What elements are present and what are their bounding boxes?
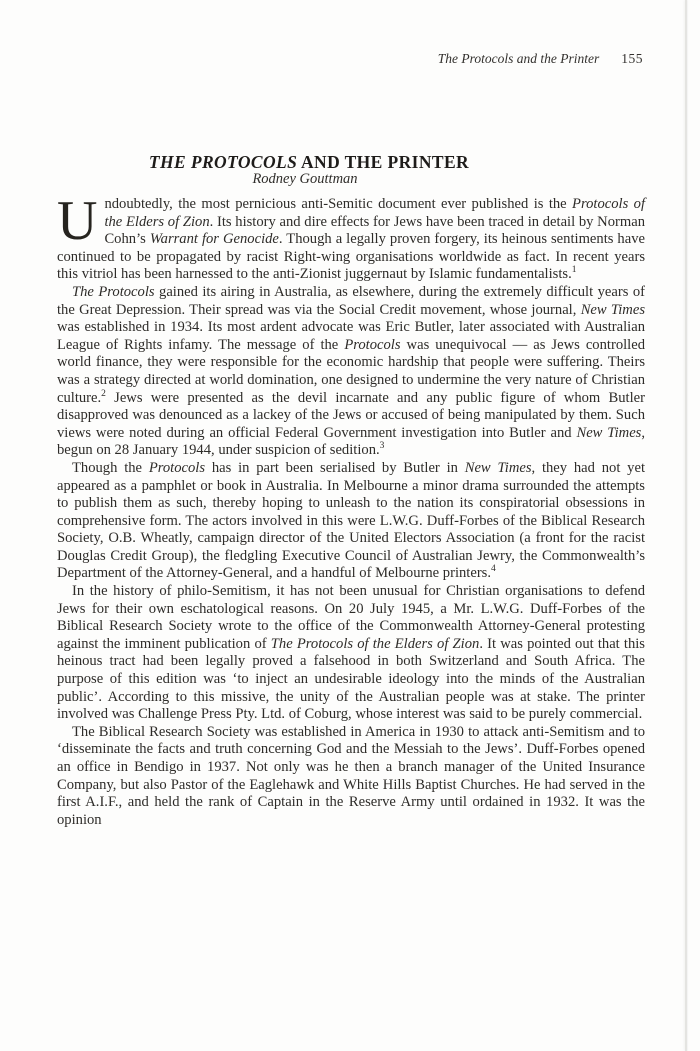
footnote-reference: 1 (572, 266, 577, 276)
page-edge-shadow (685, 0, 687, 1051)
text-run: The Protocols of the Elders of Zion (271, 636, 480, 652)
text-run: The Biblical Research Society was establ… (57, 724, 645, 828)
page-number: 155 (621, 51, 643, 66)
paragraph: Though the Protocols has in part been se… (57, 460, 645, 583)
text-run: The Protocols (72, 284, 155, 300)
text-run: has in part been serialised by Butler in (205, 460, 465, 476)
byline: Rodney Gouttman (0, 171, 610, 188)
text-run: ndoubtedly, the most pernicious anti-Sem… (104, 196, 572, 212)
paragraph: Undoubtedly, the most pernicious anti-Se… (57, 196, 645, 284)
article-title: THE PROTOCOLS AND THE PRINTER (0, 152, 618, 173)
footnote-reference: 3 (380, 441, 385, 451)
paragraph: In the history of philo-Semitism, it has… (57, 583, 645, 724)
scanned-book-page: The Protocols and the Printer155 THE PRO… (0, 0, 700, 1051)
drop-cap: U (57, 196, 104, 244)
running-header: The Protocols and the Printer155 (438, 51, 643, 67)
text-run: , they had not yet appeared as a pamphle… (57, 460, 645, 582)
footnote-reference: 4 (491, 565, 496, 575)
text-run: Protocols (344, 337, 400, 353)
text-run: New Times (581, 302, 645, 318)
body-text: Undoubtedly, the most pernicious anti-Se… (57, 196, 645, 829)
paragraph: The Protocols gained its airing in Austr… (57, 284, 645, 460)
text-run: Jews were presented as the devil incarna… (57, 390, 645, 441)
running-header-title: The Protocols and the Printer (438, 51, 600, 66)
text-run: New Times (465, 460, 532, 476)
text-run: Protocols (149, 460, 205, 476)
text-run: Though the (72, 460, 149, 476)
text-run: New Times (576, 425, 641, 441)
article-title-italic-part: THE PROTOCOLS (149, 152, 297, 172)
text-run: Warrant for Genocide (150, 231, 279, 247)
paragraph: The Biblical Research Society was establ… (57, 724, 645, 830)
article-title-roman-part: AND THE PRINTER (297, 152, 469, 172)
